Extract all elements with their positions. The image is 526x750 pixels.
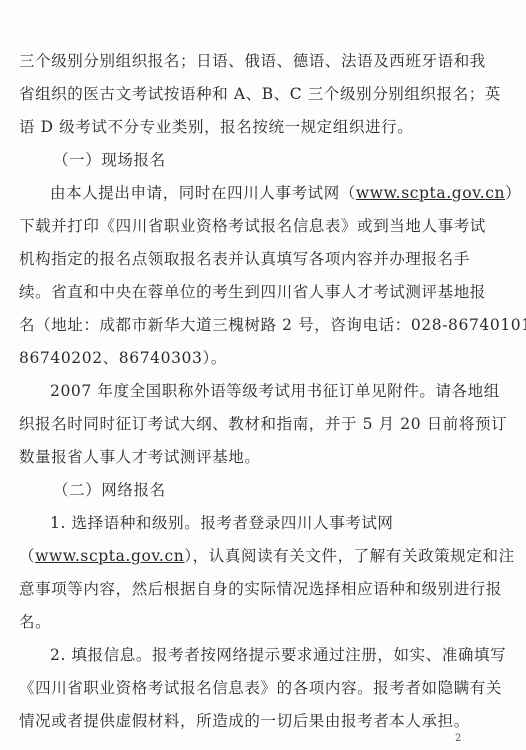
paragraph-line: 数量报省人事人才考试测评基地。 — [19, 447, 489, 467]
section-heading-onsite-registration: （一）现场报名 — [53, 150, 523, 170]
paragraph-line: 情况或者提供虚假材料，所造成的一切后果由报考者本人承担。 — [19, 711, 489, 731]
paragraph-line: 续。省直和中央在蓉单位的考生到四川省人事人才考试测评基地报 — [19, 282, 489, 302]
paragraph-line: 机构指定的报名点领取报名表并认真填写各项内容并办理报名手 — [19, 249, 489, 269]
section-heading-online-registration: （二）网络报名 — [53, 480, 523, 500]
paragraph-line: 1. 选择语种和级别。报考者登录四川人事考试网 — [50, 513, 520, 533]
paragraph-line: 名。 — [19, 612, 489, 632]
paragraph-line: 2007 年度全国职称外语等级考试用书征订单见附件。请各地组 — [50, 381, 520, 401]
paragraph-line: 织报名时同时征订考试大纲、教材和指南，并于 5 月 20 日前将预订 — [19, 414, 489, 434]
paragraph-line: 86740202、86740303）。 — [19, 348, 489, 368]
text-span: ） — [505, 184, 521, 202]
paragraph-line: 三个级别分别组织报名；日语、俄语、德语、法语及西班牙语和我 — [19, 51, 489, 71]
website-link[interactable]: www.scpta.gov.cn — [35, 547, 184, 565]
page-number: 2 — [455, 733, 461, 744]
paragraph-line: 《四川省职业资格考试报名信息表》的各项内容。报考者如隐瞒有关 — [19, 678, 489, 698]
paragraph-line: 语 D 级考试不分专业类别，报名按统一规定组织进行。 — [19, 117, 489, 137]
paragraph-line: 意事项等内容，然后根据自身的实际情况选择相应语种和级别进行报 — [19, 579, 489, 599]
paragraph-line: 下载并打印《四川省职业资格考试报名信息表》或到当地人事考试 — [19, 216, 489, 236]
website-link[interactable]: www.scpta.gov.cn — [356, 184, 505, 202]
text-span: 由本人提出申请，同时在四川人事考试网（ — [50, 184, 356, 202]
text-span: ），认真阅读有关文件，了解有关政策规定和注 — [184, 547, 514, 565]
paragraph-line: （www.scpta.gov.cn），认真阅读有关文件，了解有关政策规定和注 — [19, 546, 489, 566]
text-span: （ — [19, 547, 35, 565]
paragraph-line: 由本人提出申请，同时在四川人事考试网（www.scpta.gov.cn） — [50, 183, 520, 203]
paragraph-line: 2. 填报信息。报考者按网络提示要求通过注册，如实、准确填写 — [50, 645, 520, 665]
paragraph-line: 名（地址：成都市新华大道三槐树路 2 号，咨询电话：028-86740101、 — [19, 315, 489, 335]
document-page: 三个级别分别组织报名；日语、俄语、德语、法语及西班牙语和我 省组织的医古文考试按… — [0, 0, 526, 750]
paragraph-line: 省组织的医古文考试按语种和 A、B、C 三个级别分别组织报名；英 — [19, 84, 489, 104]
